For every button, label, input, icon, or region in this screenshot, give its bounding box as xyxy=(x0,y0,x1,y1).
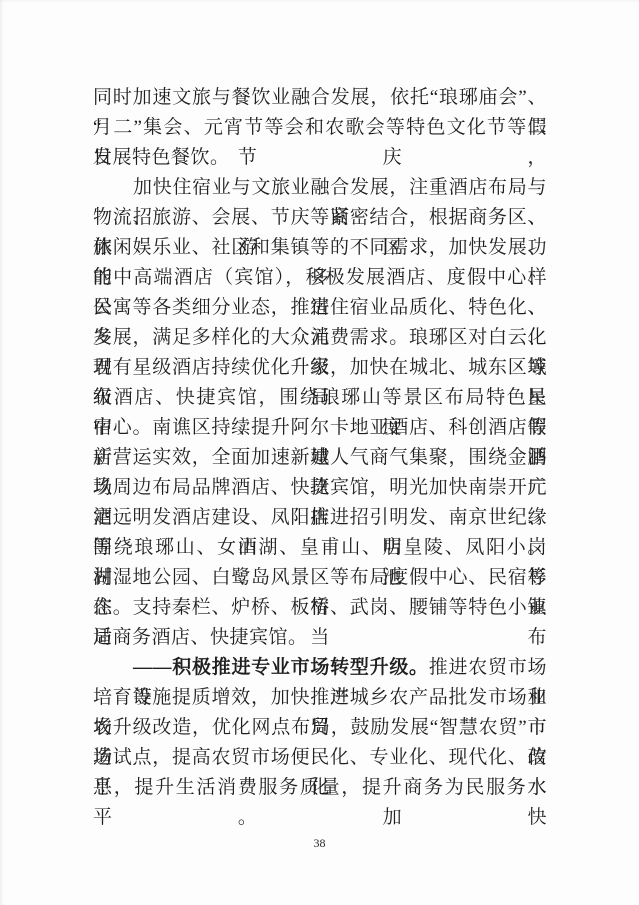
text-line: 造试点，提高农贸市场便民化、专业化、现代化、信息化水 xyxy=(93,743,547,773)
text-line: 现有星级酒店持续优化升级，加快在城北、城东区域布局星 xyxy=(93,353,547,383)
text-line: 定远明发酒店建设、凤阳推进招引明发、南京世纪缘等酒店。 xyxy=(93,503,547,533)
text-line: 发展，满足多样化的大众消费需求。琅琊区对白云、君家等 xyxy=(93,323,547,353)
text-line: 物流、旅游、会展、节庆等紧密结合，根据商务区、旅游区、 xyxy=(93,203,547,233)
text-line: 平，提升生活消费服务质量，提升商务为民服务水平。加快 xyxy=(93,773,547,803)
text-line: 湖湿地公园、白鹭岛风景区等布局度假中心、民宿等住宿业 xyxy=(93,563,547,593)
text-line: 同时加速文旅与餐饮业融合发展，依托“琅琊庙会”、“二 xyxy=(93,83,547,113)
text-line: 场升级改造，优化网点布局，鼓励发展“智慧农贸”市场改 xyxy=(93,713,547,743)
text-line: 店营运实效，全面加速新城人气商气集聚，围绕金鹏玖玖广 xyxy=(93,443,547,473)
text-line: 休闲娱乐业、社区和集镇等的不同需求，加快发展功能多样 xyxy=(93,233,547,263)
text-line: 公寓等各类细分业态，推进住宿业品质化、特色化、多元化 xyxy=(93,293,547,323)
body-text: 发展特色餐饮。 xyxy=(93,147,230,168)
text-line: 培育设施提质增效，加快推进城乡农产品批发市场和农贸市 xyxy=(93,683,547,713)
text-line: 加快住宿业与文旅业融合发展，注重酒店布局与招商、 xyxy=(93,173,547,203)
body-text: 平，提升生活消费服务质量，提升商务为民服务水平。加快 xyxy=(93,777,547,828)
text-line: 围绕琅琊山、女山湖、皇甫山、明皇陵、凤阳小岗村、池杉 xyxy=(93,533,547,563)
document-page: 同时加速文旅与餐饮业融合发展，依托“琅琊庙会”、“二月二”集会、元宵节等会和农歌… xyxy=(0,0,639,905)
text-line: 的中高端酒店（宾馆），积极发展酒店、度假中心、民宿、 xyxy=(93,263,547,293)
text-line: 月二”集会、元宵节等会和农歌会等特色文化节等假日节庆， xyxy=(93,113,547,143)
text-line: 态。支持秦栏、炉桥、板桥、武岗、腰铺等特色小镇适当布 xyxy=(93,593,547,623)
text-line: 中心。南谯区持续提升阿尔卡地亚酒店、科创酒店等新建酒 xyxy=(93,413,547,443)
text-block: 同时加速文旅与餐饮业融合发展，依托“琅琊庙会”、“二月二”集会、元宵节等会和农歌… xyxy=(93,83,547,803)
emphasis-text: ——积极推进专业市场转型升级。 xyxy=(133,657,429,678)
text-line: 场周边布局品牌酒店、快捷宾馆，明光加快南崇开元酒店、 xyxy=(93,473,547,503)
body-text: 局商务酒店、快捷宾馆。 xyxy=(93,627,308,648)
text-line: 级酒店、快捷宾馆，围绕琅琊山等景区布局特色民宿、度假 xyxy=(93,383,547,413)
page-number: 38 xyxy=(0,836,639,851)
text-line: ——积极推进专业市场转型升级。推进农贸市场等产业 xyxy=(93,653,547,683)
